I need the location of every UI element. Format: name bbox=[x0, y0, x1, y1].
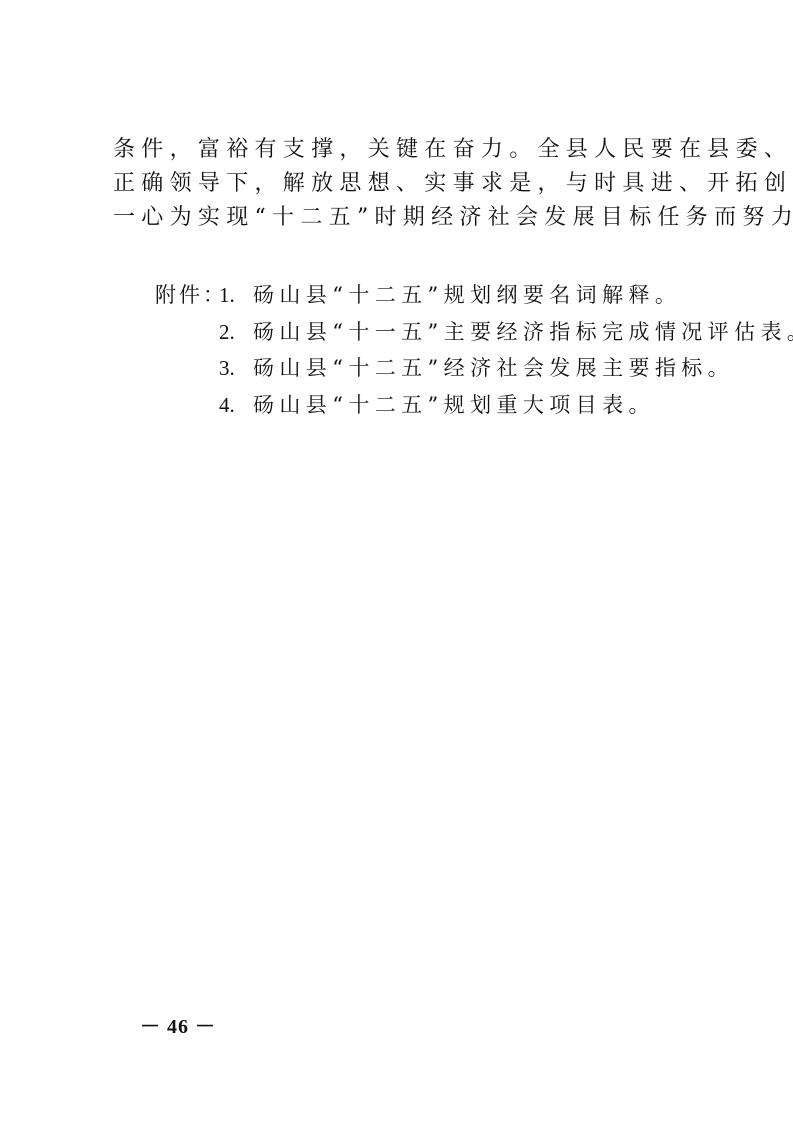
attachment-title: 砀山县“十一五”主要经济指标完成情况评估表。 bbox=[253, 314, 793, 351]
attachment-item: 附件： 1. 砀山县“十二五”规划纲要名词解释。 bbox=[155, 277, 735, 314]
attachment-number: 1. bbox=[219, 277, 247, 314]
attachment-item: 3. 砀山县“十二五”经济社会发展主要指标。 bbox=[155, 350, 735, 387]
paragraph-line: 一心为实现“十二五”时期经济社会发展目标任务而努力奋斗！ bbox=[113, 201, 713, 235]
attachments-label: 附件： bbox=[155, 277, 227, 314]
attachment-item: 2. 砀山县“十一五”主要经济指标完成情况评估表。 bbox=[155, 314, 735, 351]
attachment-title: 砀山县“十二五”规划纲要名词解释。 bbox=[253, 277, 681, 314]
attachment-number: 3. bbox=[219, 350, 247, 387]
paragraph-line: 条件，富裕有支撑，关键在奋力。全县人民要在县委、县政府的 bbox=[113, 133, 713, 167]
page-number: － 46 － bbox=[140, 1014, 216, 1040]
closing-paragraph: 条件，富裕有支撑，关键在奋力。全县人民要在县委、县政府的 正确领导下，解放思想、… bbox=[113, 133, 713, 235]
attachment-title: 砀山县“十二五”经济社会发展主要指标。 bbox=[253, 350, 734, 387]
document-page: 条件，富裕有支撑，关键在奋力。全县人民要在县委、县政府的 正确领导下，解放思想、… bbox=[0, 0, 793, 1122]
attachment-number: 2. bbox=[219, 314, 247, 351]
attachment-item: 4. 砀山县“十二五”规划重大项目表。 bbox=[155, 387, 735, 424]
paragraph-line: 正确领导下，解放思想、实事求是，与时具进、开拓创新，万众 bbox=[113, 167, 713, 201]
attachments-list: 附件： 1. 砀山县“十二五”规划纲要名词解释。 2. 砀山县“十一五”主要经济… bbox=[155, 277, 735, 423]
attachment-title: 砀山县“十二五”规划重大项目表。 bbox=[253, 387, 655, 424]
attachment-number: 4. bbox=[219, 387, 247, 424]
